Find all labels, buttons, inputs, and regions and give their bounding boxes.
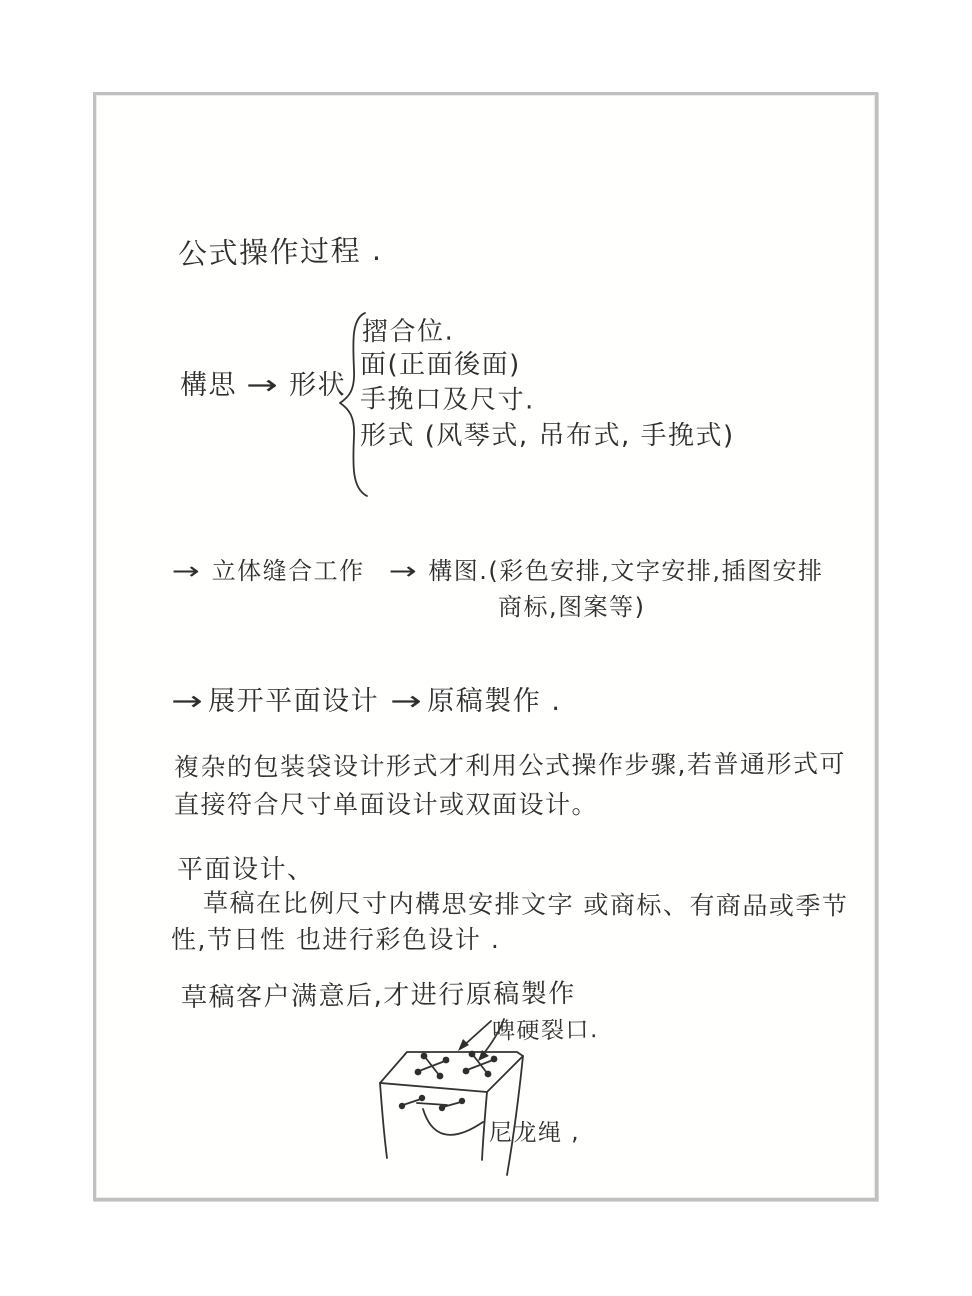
note-complex-line1: 複杂的包装袋设计形式才利用公式操作步骤,若普通形式可	[174, 748, 846, 783]
flow-shape-row: 構思 → 形状	[180, 369, 346, 403]
graphic-design-heading: 平面设计、	[177, 854, 315, 887]
arrow-icon: →	[246, 369, 280, 403]
final-note: 草稿客户满意后,才进行原稿製作	[181, 978, 576, 1015]
page-title: 公式操作过程 .	[178, 232, 383, 273]
arrow-icon: →	[171, 685, 205, 719]
note-complex-line2: 直接符合尺寸单面设计或双面设计。	[174, 789, 598, 820]
package-bag-box-sketch-icon	[355, 1015, 675, 1185]
flow-assembly-result: 構图.(彩色安排,文字安排,插图安排	[428, 556, 823, 586]
graphic-design-line1: 草稿在比例尺寸内構思安排文字 或商标、有商品或季节	[203, 887, 849, 922]
flow-assembly-step: 立体缝合工作	[212, 556, 365, 586]
flow-layout-step: 展开平面设计	[208, 685, 379, 719]
flow-shape-source: 構思	[180, 369, 237, 403]
graphic-design-line2: 性,节日性 也进行彩色设计 .	[171, 924, 500, 955]
flow-assembly-row: → 立体缝合工作 → 構图.(彩色安排,文字安排,插图安排	[176, 556, 823, 586]
flow-layout-row: → 展开平面设计 → 原稿製作 .	[176, 685, 561, 719]
flow-shape-branch: 摺合位.	[362, 316, 455, 349]
flow-assembly-result-cont: 商标,图案等)	[498, 592, 646, 622]
flow-layout-result: 原稿製作 .	[427, 685, 561, 719]
flow-shape-branch: 形式 (风琴式, 吊布式, 手挽式)	[360, 420, 735, 453]
arrow-icon: →	[388, 556, 418, 586]
flow-shape-branch: 面(正面後面)	[360, 349, 521, 382]
arrow-icon: →	[172, 556, 202, 586]
arrow-icon: →	[390, 685, 424, 719]
flow-shape-branch: 手挽口及尺寸.	[360, 383, 535, 417]
